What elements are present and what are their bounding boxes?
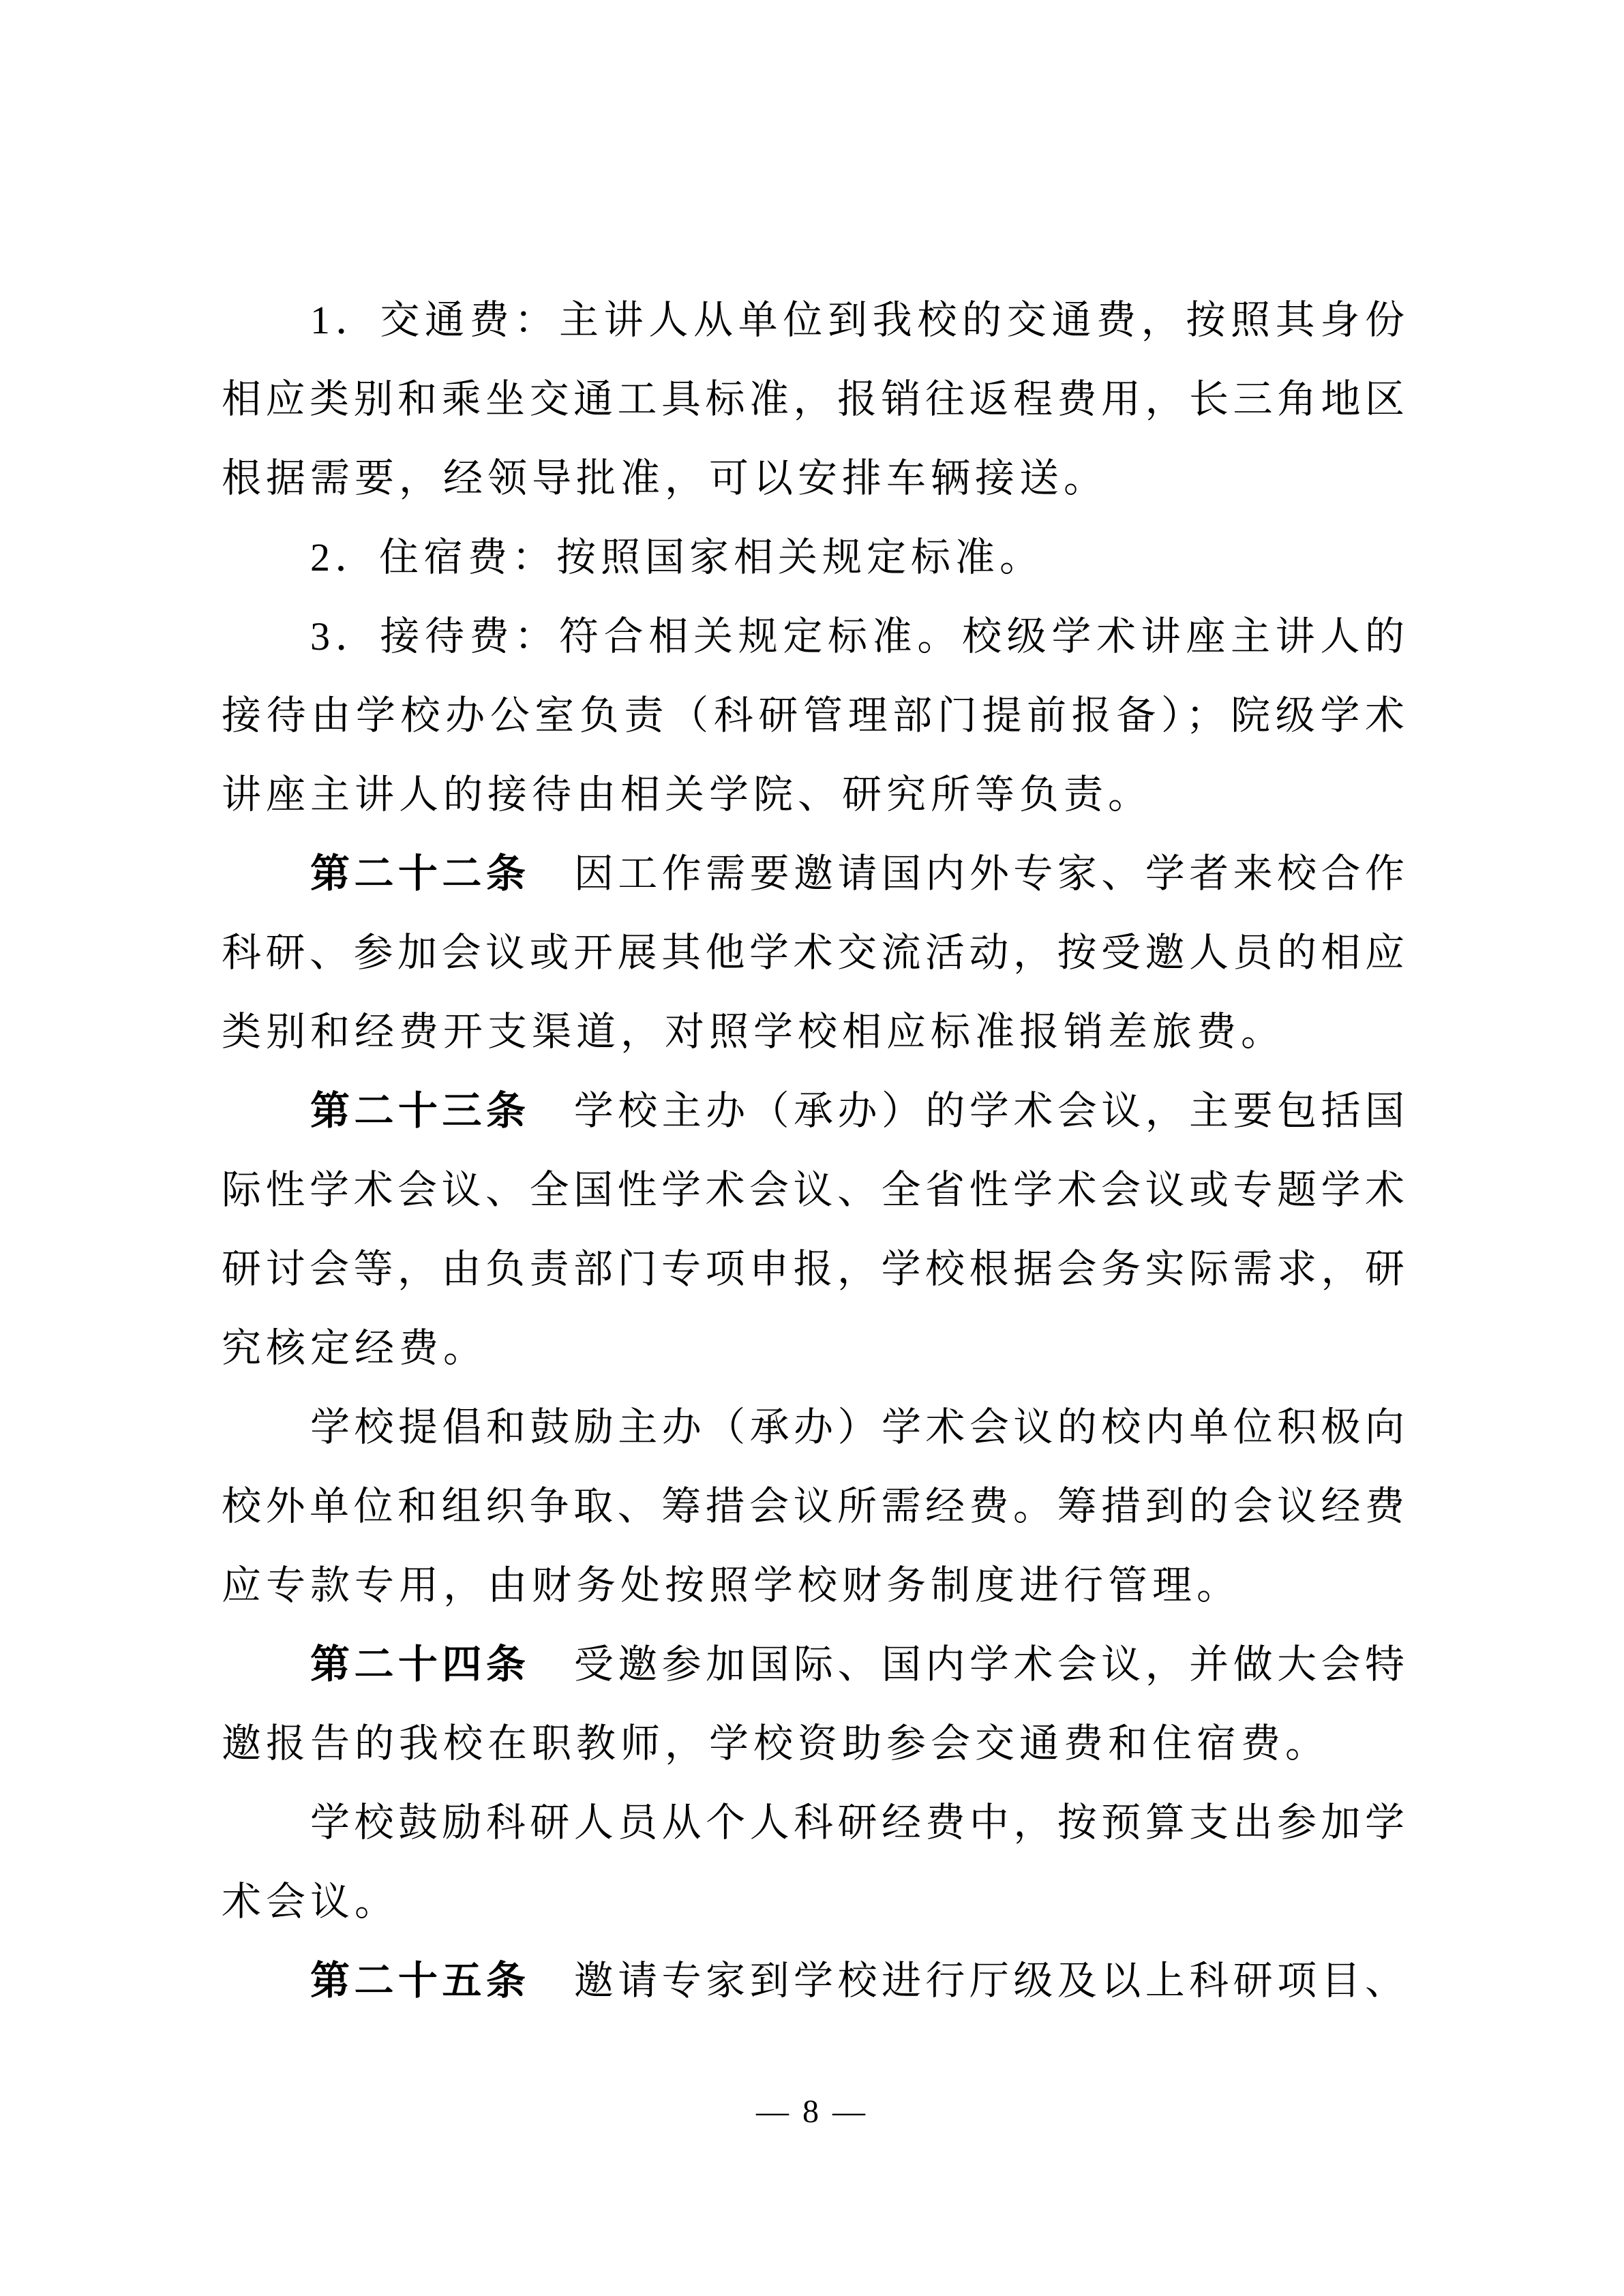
document-page: 1．交通费：主讲人从单位到我校的交通费，按照其身份 相应类别和乘坐交通工具标准，…	[0, 0, 1624, 2296]
doc-line: 讲座主讲人的接待由相关学院、研究所等负责。	[222, 755, 1404, 834]
article-number: 第二十二条	[310, 851, 530, 896]
line-text: 学校鼓励科研人员从个人科研经费中，按预算支出参加学	[310, 1800, 1404, 1845]
doc-line: 究核定经费。	[222, 1309, 1404, 1388]
doc-line: 第二十五条 邀请专家到学校进行厅级及以上科研项目、	[222, 1942, 1404, 2021]
line-text: 究核定经费。	[222, 1326, 487, 1370]
doc-line: 术会议。	[222, 1862, 1404, 1942]
doc-line: 接待由学校办公室负责（科研管理部门提前报备）；院级学术	[222, 676, 1404, 755]
doc-line: 学校鼓励科研人员从个人科研经费中，按预算支出参加学	[222, 1783, 1404, 1862]
doc-line: 第二十二条 因工作需要邀请国内外专家、学者来校合作	[222, 834, 1404, 913]
line-text: 研讨会等，由负责部门专项申报，学校根据会务实际需求，研	[222, 1247, 1404, 1291]
line-text: 邀请专家到学校进行厅级及以上科研项目、	[530, 1959, 1404, 2003]
doc-line: 第二十三条 学校主办（承办）的学术会议，主要包括国	[222, 1072, 1404, 1151]
line-text: 际性学术会议、全国性学术会议、全省性学术会议或专题学术	[222, 1168, 1404, 1212]
doc-line: 校外单位和组织争取、筹措会议所需经费。筹措到的会议经费	[222, 1467, 1404, 1546]
line-text: 术会议。	[222, 1879, 399, 1924]
line-text: 学校提倡和鼓励主办（承办）学术会议的校内单位积极向	[310, 1405, 1404, 1449]
doc-line: 1．交通费：主讲人从单位到我校的交通费，按照其身份	[222, 281, 1404, 360]
doc-line: 际性学术会议、全国性学术会议、全省性学术会议或专题学术	[222, 1151, 1404, 1230]
line-text: 根据需要，经领导批准，可以安排车辆接送。	[222, 456, 1108, 500]
doc-line: 研讨会等，由负责部门专项申报，学校根据会务实际需求，研	[222, 1230, 1404, 1309]
line-text: 接待由学校办公室负责（科研管理部门提前报备）；院级学术	[222, 693, 1404, 738]
line-text: 科研、参加会议或开展其他学术交流活动，按受邀人员的相应	[222, 931, 1404, 975]
doc-line: 2．住宿费：按照国家相关规定标准。	[222, 518, 1404, 597]
doc-line: 应专款专用，由财务处按照学校财务制度进行管理。	[222, 1546, 1404, 1625]
line-text: 2．住宿费：按照国家相关规定标准。	[310, 535, 1044, 579]
line-text: 校外单位和组织争取、筹措会议所需经费。筹措到的会议经费	[222, 1484, 1404, 1528]
line-text: 类别和经费开支渠道，对照学校相应标准报销差旅费。	[222, 1010, 1285, 1054]
page-number-label: — 8 —	[756, 2094, 868, 2130]
line-text: 1．交通费：主讲人从单位到我校的交通费，按照其身份	[310, 298, 1404, 342]
article-number: 第二十四条	[310, 1642, 530, 1687]
doc-line: 邀报告的我校在职教师，学校资助参会交通费和住宿费。	[222, 1704, 1404, 1783]
doc-line: 学校提倡和鼓励主办（承办）学术会议的校内单位积极向	[222, 1388, 1404, 1467]
line-text: 受邀参加国际、国内学术会议，并做大会特	[530, 1642, 1404, 1687]
article-number: 第二十三条	[310, 1089, 530, 1133]
line-text: 讲座主讲人的接待由相关学院、研究所等负责。	[222, 772, 1152, 817]
page-number: — 8 —	[0, 2085, 1624, 2139]
line-text: 学校主办（承办）的学术会议，主要包括国	[530, 1089, 1404, 1133]
doc-line: 第二十四条 受邀参加国际、国内学术会议，并做大会特	[222, 1625, 1404, 1704]
doc-line: 根据需要，经领导批准，可以安排车辆接送。	[222, 439, 1404, 518]
line-text: 相应类别和乘坐交通工具标准，报销往返程费用，长三角地区	[222, 377, 1404, 421]
line-text: 3．接待费：符合相关规定标准。校级学术讲座主讲人的	[310, 614, 1404, 659]
doc-line: 3．接待费：符合相关规定标准。校级学术讲座主讲人的	[222, 597, 1404, 676]
document-body: 1．交通费：主讲人从单位到我校的交通费，按照其身份 相应类别和乘坐交通工具标准，…	[222, 281, 1404, 2021]
line-text: 邀报告的我校在职教师，学校资助参会交通费和住宿费。	[222, 1721, 1329, 1766]
doc-line: 科研、参加会议或开展其他学术交流活动，按受邀人员的相应	[222, 913, 1404, 993]
line-text: 因工作需要邀请国内外专家、学者来校合作	[530, 851, 1404, 896]
doc-line: 相应类别和乘坐交通工具标准，报销往返程费用，长三角地区	[222, 360, 1404, 439]
doc-line: 类别和经费开支渠道，对照学校相应标准报销差旅费。	[222, 993, 1404, 1072]
article-number: 第二十五条	[310, 1959, 530, 2003]
line-text: 应专款专用，由财务处按照学校财务制度进行管理。	[222, 1563, 1241, 1607]
